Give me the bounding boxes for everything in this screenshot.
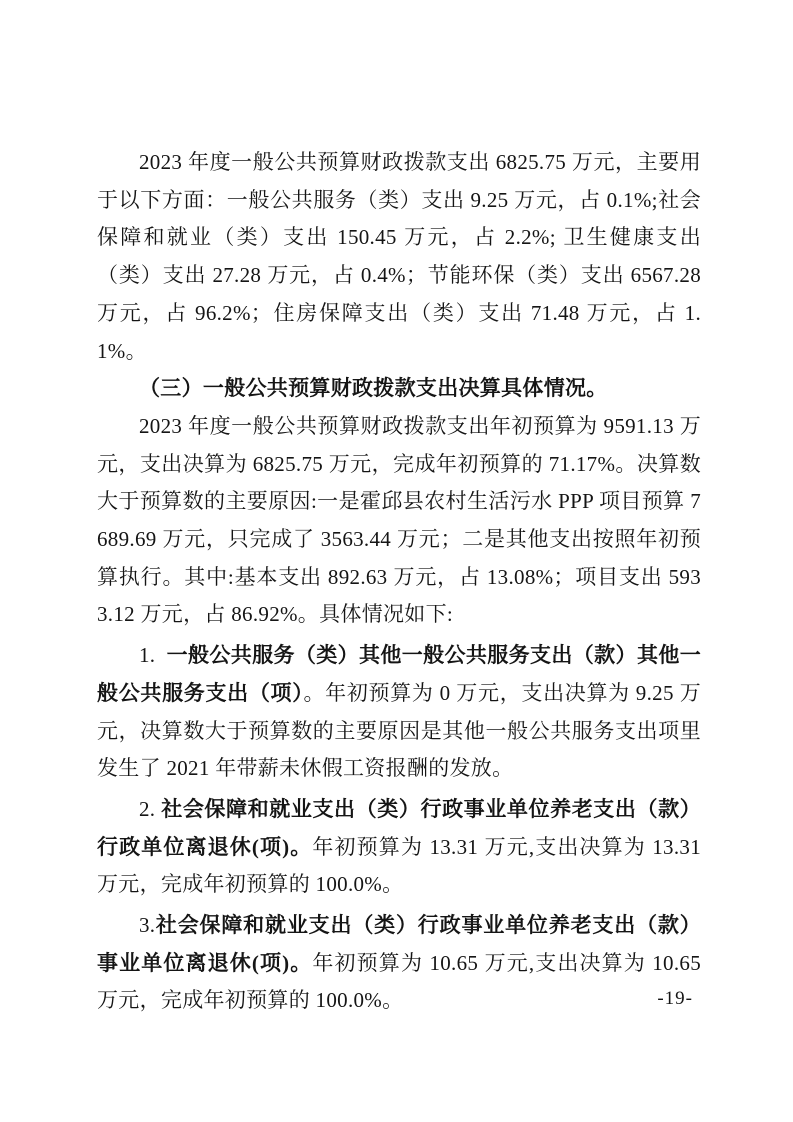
heading-section-three: （三）一般公共预算财政拨款支出决算具体情况。 (97, 370, 701, 408)
text-run: 2023 年度一般公共预算财政拨款支出 6825.75 万元，主要用于以下方面：… (97, 150, 701, 363)
para-item-1: 1. 一般公共服务（类）其他一般公共服务支出（款）其他一般公共服务支出（项）。年… (97, 637, 701, 788)
text-run: （三）一般公共预算财政拨款支出决算具体情况。 (139, 376, 608, 400)
text-run: 2. (139, 797, 161, 821)
para-item-2: 2. 社会保障和就业支出（类）行政事业单位养老支出（款）行政单位离退休(项)。年… (97, 791, 701, 904)
para-expenditure-overview: 2023 年度一般公共预算财政拨款支出 6825.75 万元，主要用于以下方面：… (97, 144, 701, 370)
document-page: 2023 年度一般公共预算财政拨款支出 6825.75 万元，主要用于以下方面：… (0, 0, 793, 1122)
text-run: 3. (139, 913, 155, 937)
text-run: 2023 年度一般公共预算财政拨款支出年初预算为 9591.13 万元，支出决算… (97, 414, 701, 627)
page-number: -19- (97, 988, 701, 1010)
para-budget-vs-final: 2023 年度一般公共预算财政拨款支出年初预算为 9591.13 万元，支出决算… (97, 408, 701, 634)
text-run: 1. (139, 643, 167, 667)
document-body: 2023 年度一般公共预算财政拨款支出 6825.75 万元，主要用于以下方面：… (97, 144, 701, 1020)
